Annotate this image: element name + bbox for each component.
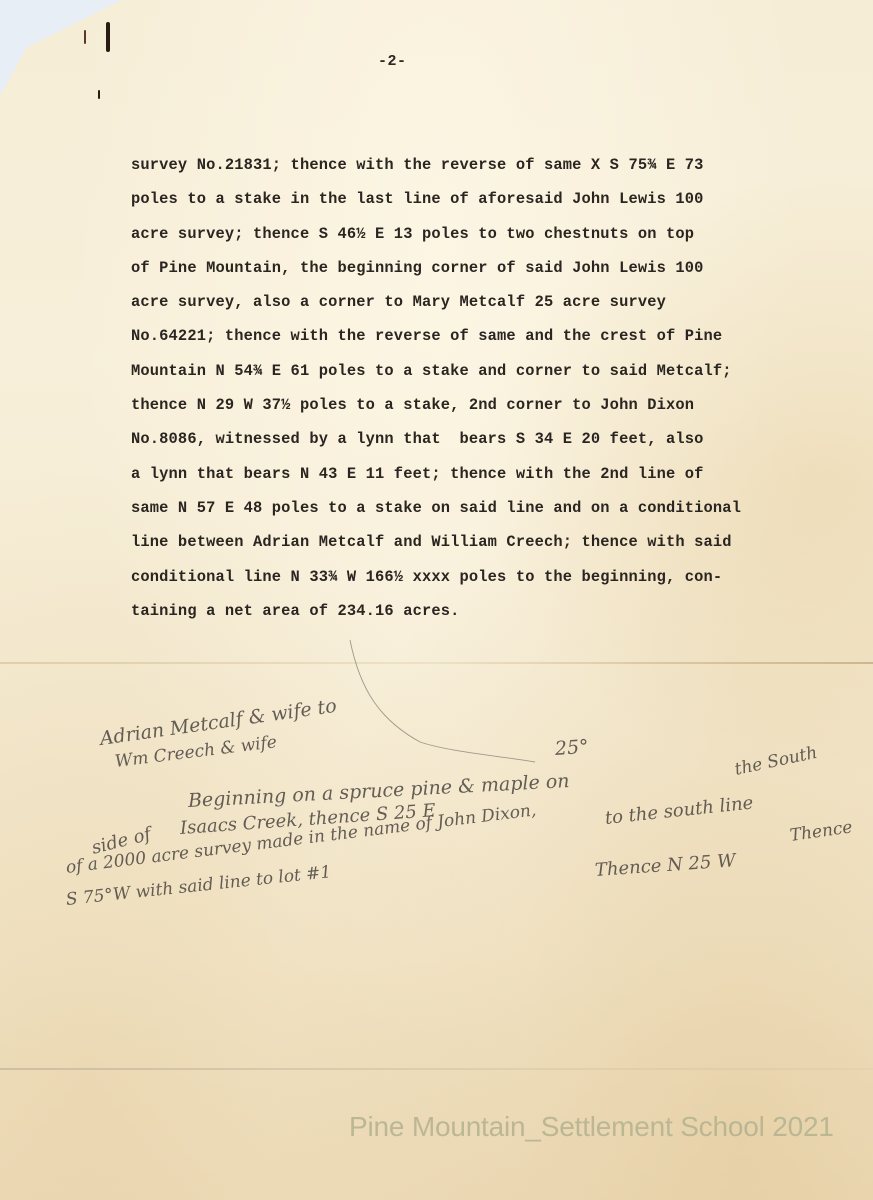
typed-line: conditional line N 33¾ W 166½ xxxx poles… (131, 564, 831, 598)
ink-stain (98, 90, 100, 99)
typed-line: survey No.21831; thence with the reverse… (131, 152, 831, 186)
handwritten-note: 25° (554, 736, 589, 760)
archive-watermark: Pine Mountain_Settlement School 2021 (349, 1111, 834, 1143)
typed-line: same N 57 E 48 poles to a stake on said … (131, 495, 831, 529)
paper-fold-line (0, 1068, 873, 1070)
typed-line: poles to a stake in the last line of afo… (131, 186, 831, 220)
typed-line: acre survey, also a corner to Mary Metca… (131, 289, 831, 323)
typed-line: of Pine Mountain, the beginning corner o… (131, 255, 831, 289)
typed-line: a lynn that bears N 43 E 11 feet; thence… (131, 461, 831, 495)
typed-line: line between Adrian Metcalf and William … (131, 529, 831, 563)
ink-stain (106, 22, 110, 52)
typed-line: taining a net area of 234.16 acres. (131, 598, 831, 632)
typed-line: thence N 29 W 37½ poles to a stake, 2nd … (131, 392, 831, 426)
typed-line: No.64221; thence with the reverse of sam… (131, 323, 831, 357)
ink-stain (84, 30, 86, 44)
paper-fold-line (0, 662, 873, 664)
typed-line: acre survey; thence S 46½ E 13 poles to … (131, 221, 831, 255)
typed-body-text: survey No.21831; thence with the reverse… (131, 152, 831, 632)
typed-line: No.8086, witnessed by a lynn that bears … (131, 426, 831, 460)
typed-line: Mountain N 54¾ E 61 poles to a stake and… (131, 358, 831, 392)
page-number: -2- (378, 53, 407, 70)
